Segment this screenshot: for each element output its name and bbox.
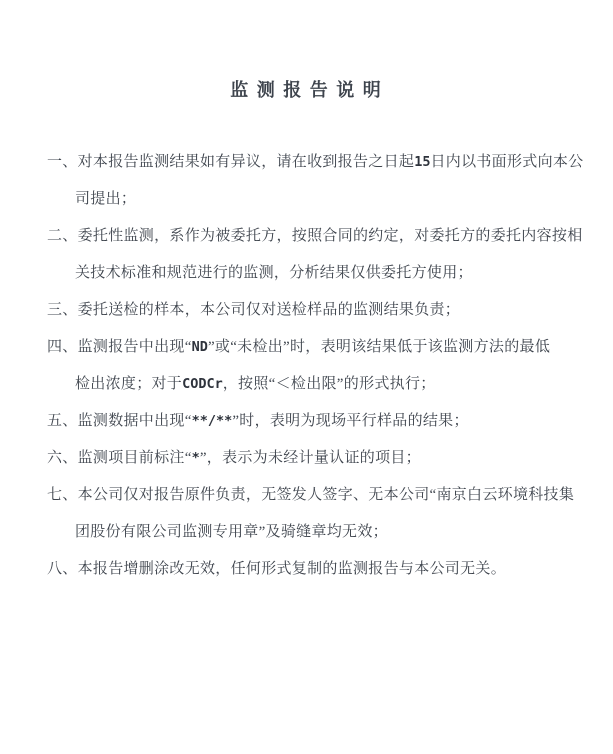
document-line: 三、委托送检的样本，本公司仅对送检样品的监测结果负责；	[47, 292, 583, 329]
document-line: 七、本公司仅对报告原件负责，无签发人签字、无本公司“南京白云环境科技集	[47, 477, 583, 514]
ascii-text: *	[192, 450, 200, 466]
document-line: 关技术标准和规范进行的监测，分析结果仅供委托方使用；	[75, 255, 583, 292]
document-line: 团股份有限公司监测专用章”及骑缝章均无效；	[75, 514, 583, 551]
ascii-text: ND	[192, 339, 208, 355]
ascii-text: CODCr	[182, 376, 223, 392]
document-line: 司提出；	[75, 181, 583, 218]
document-line: 八、本报告增删涂改无效，任何形式复制的监测报告与本公司无关。	[47, 551, 583, 588]
document-line: 六、监测项目前标注“*”，表示为未经计量认证的项目；	[47, 440, 583, 477]
document-body: 一、对本报告监测结果如有异议，请在收到报告之日起15日内以书面形式向本公司提出；…	[47, 144, 583, 588]
document-line: 四、监测报告中出现“ND”或“未检出”时，表明该结果低于该监测方法的最低	[47, 329, 583, 366]
ascii-text: **/**	[192, 413, 233, 429]
document-line: 一、对本报告监测结果如有异议，请在收到报告之日起15日内以书面形式向本公	[47, 144, 583, 181]
report-notes-page: 监 测 报 告 说 明 一、对本报告监测结果如有异议，请在收到报告之日起15日内…	[0, 0, 613, 754]
document-line: 五、监测数据中出现“**/**”时，表明为现场平行样品的结果；	[47, 403, 583, 440]
document-line: 二、委托性监测，系作为被委托方，按照合同的约定，对委托方的委托内容按相	[47, 218, 583, 255]
page-title: 监 测 报 告 说 明	[0, 0, 613, 102]
ascii-text: 15	[414, 154, 430, 170]
document-line: 检出浓度；对于CODCr，按照“＜检出限”的形式执行；	[75, 366, 583, 403]
